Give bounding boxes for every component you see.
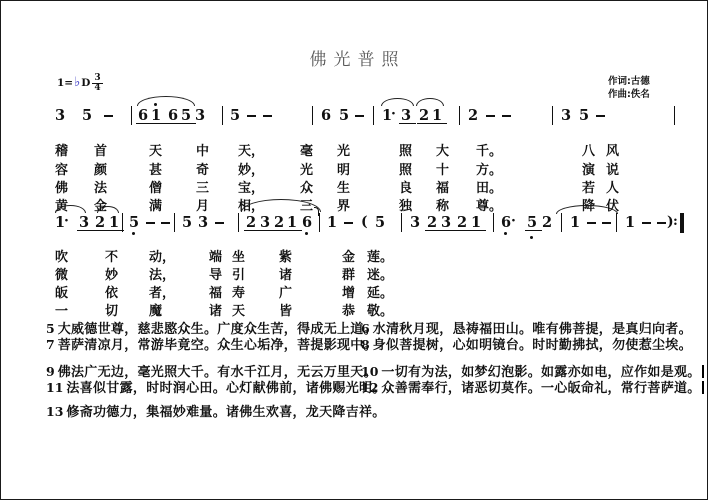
lyric-syllable: 坐: [232, 246, 245, 265]
verse-text: 众善需奉行，诸恶切莫作。一心皈命礼，常行菩萨道。: [381, 381, 700, 396]
lyric-syllable: 端: [209, 246, 222, 265]
lyrics-block-2: 吹不动，端坐紫金莲。微妙法，导引诸群迷。皈依者，福寿广增延。一切魔诸天皆恭敬。: [1, 1, 707, 499]
lyric-syllable: 魔: [149, 300, 162, 319]
lyric-syllable: 延。: [367, 282, 393, 301]
lyric-syllable: 诸: [209, 300, 222, 319]
lyric-syllable: 天: [232, 300, 245, 319]
lyric-syllable: 群: [342, 264, 355, 283]
verse-text: 身似菩提树，心如明镜台。时时勤拂拭，勿使惹尘埃。: [373, 338, 692, 353]
lyric-syllable: 引: [232, 264, 245, 283]
verse-text: 菩萨清凉月，常游毕竟空。众生心垢净，菩提影现中。: [58, 338, 377, 353]
lyric-syllable: 一: [55, 300, 68, 319]
lyric-syllable: 敬。: [367, 300, 393, 319]
lyric-syllable: 莲。: [367, 246, 393, 265]
lyric-syllable: 广: [279, 282, 292, 301]
verse-line: 13修斋功德力，集福妙难量。诸佛生欢喜，龙天降吉祥。: [46, 401, 386, 420]
verse-number: 7: [46, 337, 55, 352]
lyric-syllable: 切: [105, 300, 118, 319]
lyric-syllable: 吹: [55, 246, 68, 265]
verse-line: 12众善需奉行，诸恶切莫作。一心皈命礼，常行菩萨道。: [361, 377, 704, 396]
lyric-syllable: 寿: [232, 282, 245, 301]
verse-line: 7菩萨清凉月，常游毕竟空。众生心垢净，菩提影现中。: [46, 334, 377, 353]
lyric-syllable: 皈: [55, 282, 68, 301]
lyric-syllable: 导: [209, 264, 222, 283]
lyric-syllable: 不: [105, 246, 118, 265]
verse-line: 11法喜似甘露，时时润心田。心灯献佛前，诸佛赐光明。: [46, 377, 386, 396]
sheet-music-page: 佛光普照 1=♭D 3 4 作词:古德 作曲:佚名 35616535651·32…: [0, 0, 708, 500]
lyric-syllable: 妙: [105, 264, 118, 283]
lyric-syllable: 增: [342, 282, 355, 301]
lyric-syllable: 法，: [149, 264, 175, 283]
lyric-syllable: 依: [105, 282, 118, 301]
lyric-syllable: 微: [55, 264, 68, 283]
verse-number: 13: [46, 404, 63, 419]
lyric-syllable: 皆: [279, 300, 292, 319]
lyric-syllable: 恭: [342, 300, 355, 319]
verse-line: 8身似菩提树，心如明镜台。时时勤拂拭，勿使惹尘埃。: [361, 334, 692, 353]
lyric-syllable: 者，: [149, 282, 175, 301]
verse-number: 12: [361, 380, 378, 395]
verse-number: 8: [361, 337, 370, 352]
text-cursor: [702, 381, 704, 394]
lyric-syllable: 动，: [149, 246, 175, 265]
verse-text: 法喜似甘露，时时润心田。心灯献佛前，诸佛赐光明。: [66, 381, 385, 396]
lyric-syllable: 迷。: [367, 264, 393, 283]
lyric-syllable: 金: [342, 246, 355, 265]
verse-text: 修斋功德力，集福妙难量。诸佛生欢喜，龙天降吉祥。: [66, 405, 385, 420]
verse-number: 11: [46, 380, 63, 395]
lyric-syllable: 诸: [279, 264, 292, 283]
lyric-syllable: 福: [209, 282, 222, 301]
lyric-syllable: 紫: [279, 246, 292, 265]
